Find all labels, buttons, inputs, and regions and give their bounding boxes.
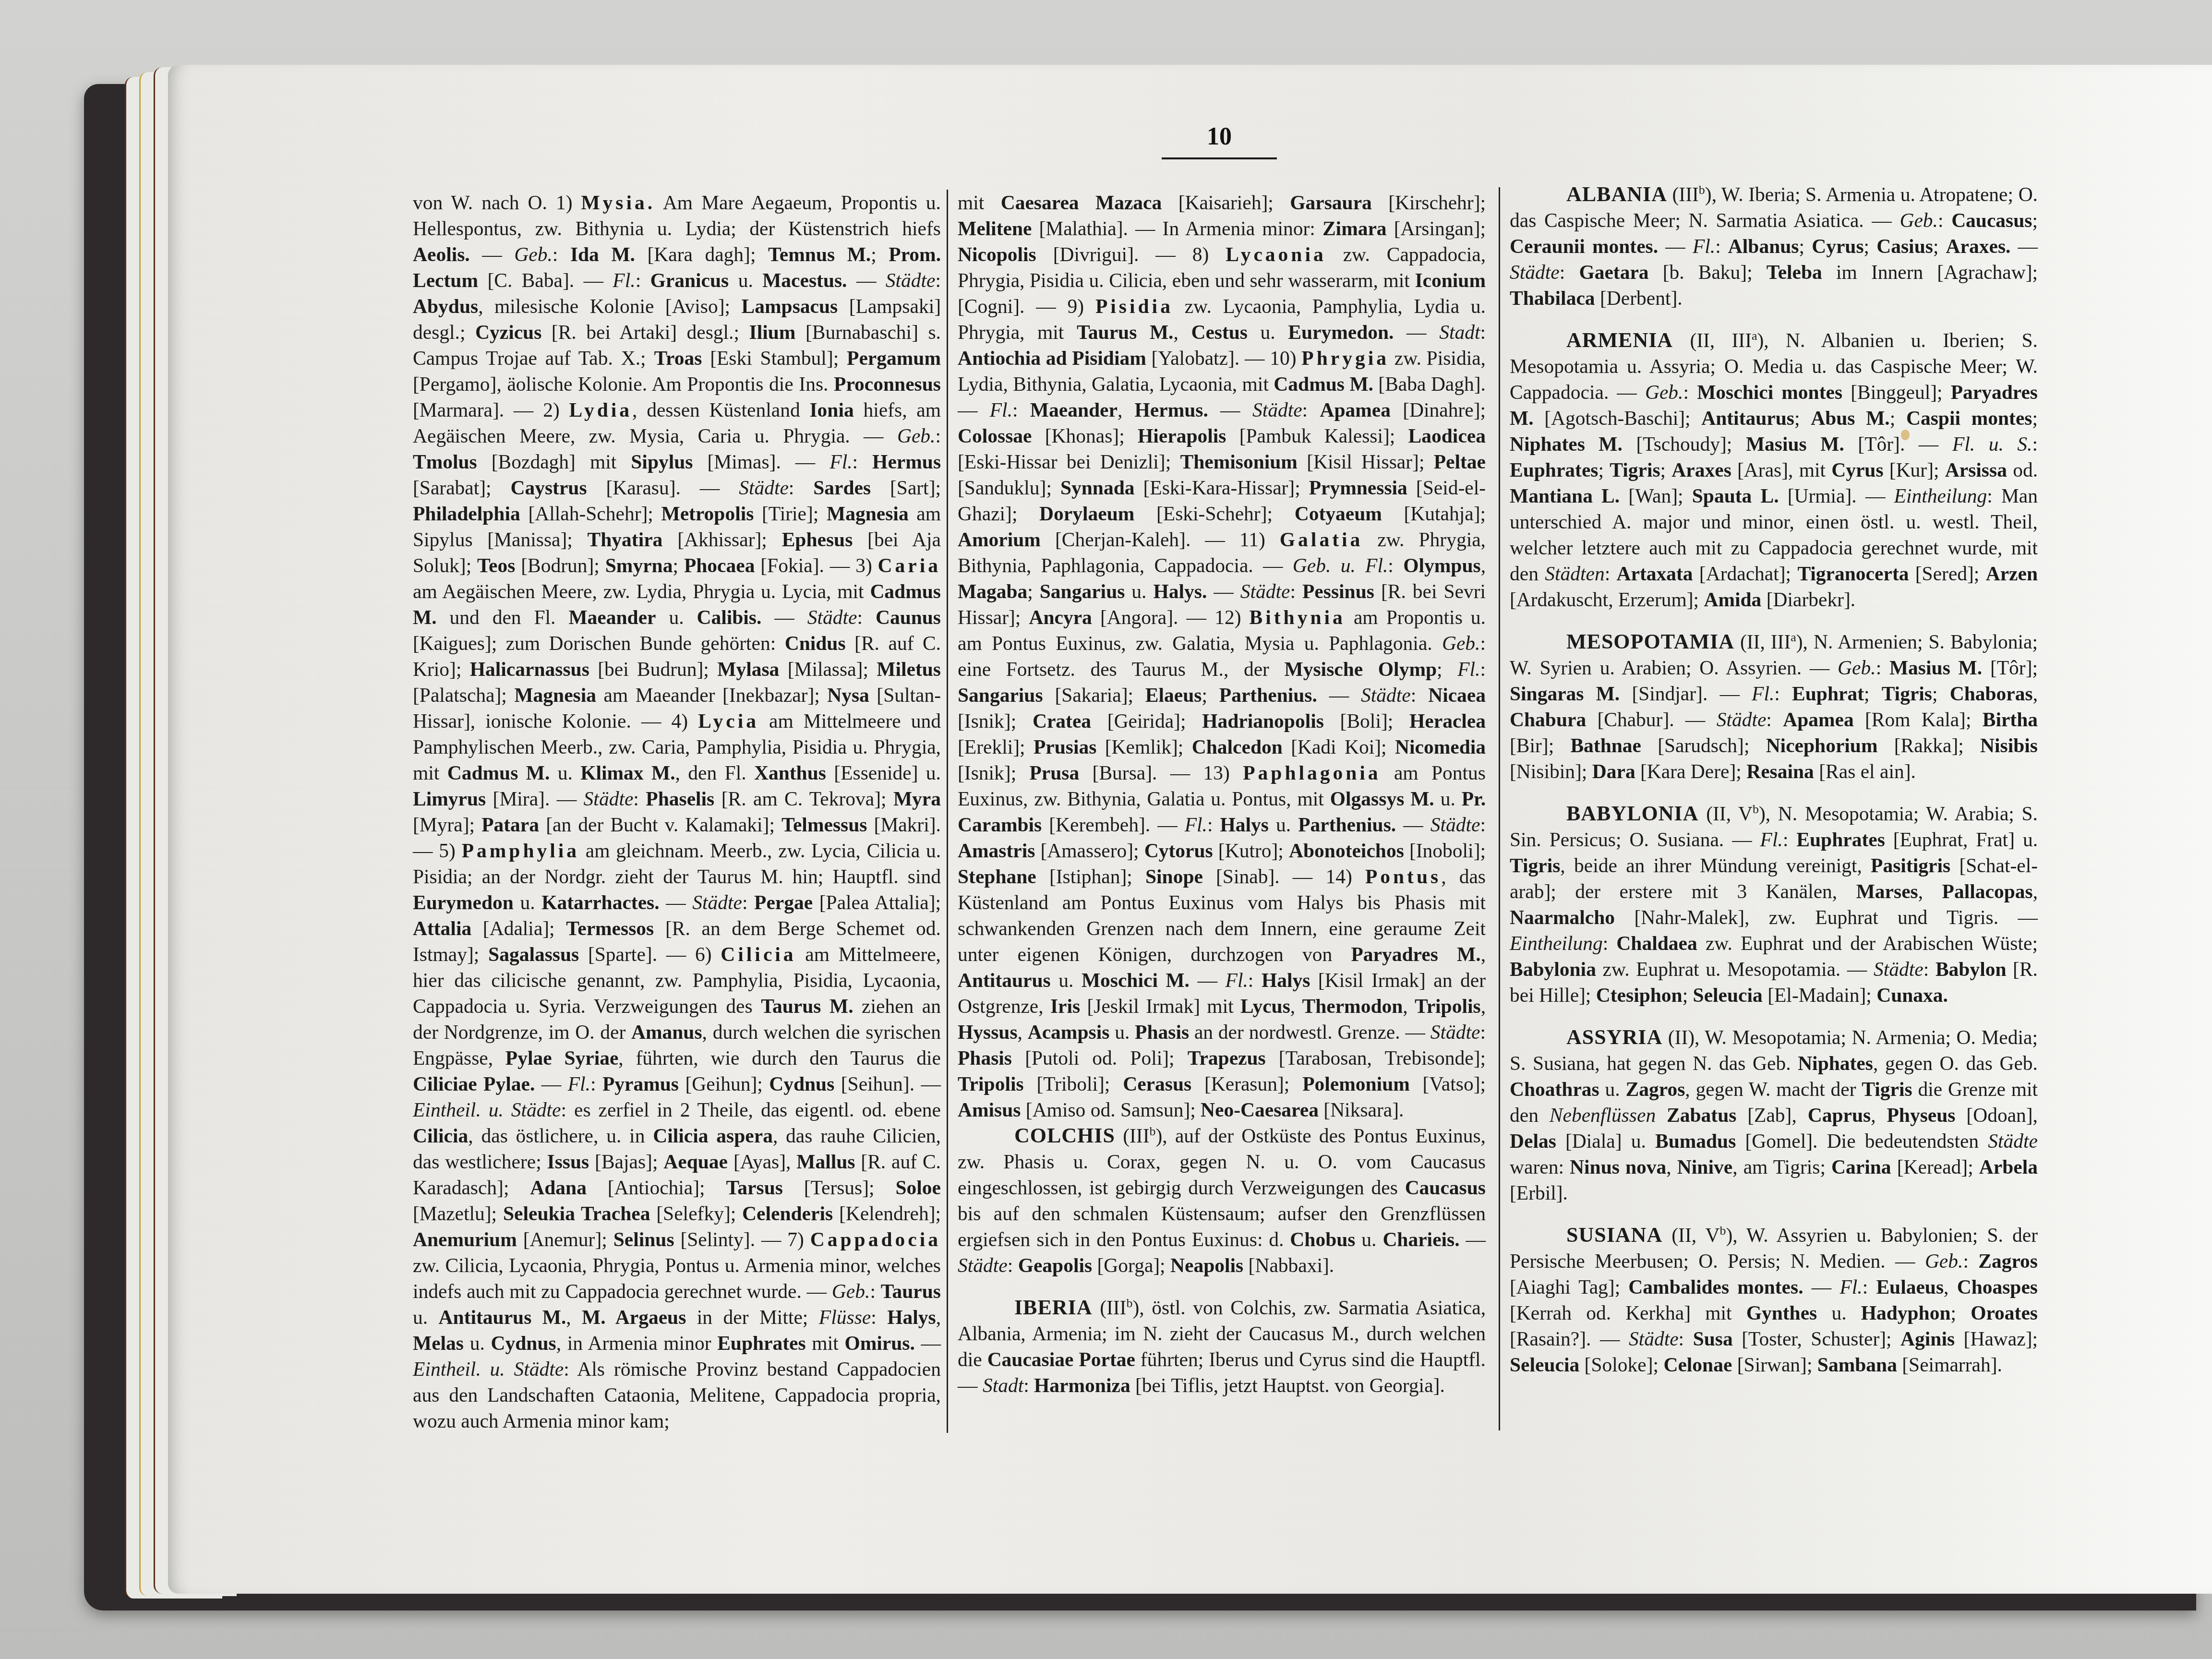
text-run: : (1388, 554, 1403, 577)
text-run: b (1149, 1124, 1155, 1138)
text-run: [Istiphan]; (1036, 866, 1145, 888)
text-run: Aeolis. (413, 243, 470, 265)
text-run: Anemurium (413, 1228, 517, 1250)
text-run: Prymnessia (1309, 477, 1407, 499)
text-run: Sardes (813, 477, 871, 499)
text-run: Olgassys M. (1330, 788, 1434, 810)
text-run: Fl. (613, 269, 635, 291)
text-run: Städte (886, 269, 936, 291)
text-run: Cnidus (785, 632, 846, 654)
text-run: [R. am C. Tekrova]; (714, 788, 893, 810)
text-run: an der nordwestl. Grenze. — (1189, 1021, 1431, 1043)
text-run: [Eski-Kara-Hissar]; (1135, 477, 1309, 499)
text-run: Arzen (1986, 563, 2038, 585)
text-run: Fl. (1457, 658, 1480, 680)
text-run: [Isnik]; (958, 762, 1030, 784)
text-run: Laodicea (1408, 425, 1486, 447)
text-run: ; (2032, 407, 2038, 429)
text-run: Fl. (1226, 969, 1248, 991)
text-run: Proconnesus (834, 373, 941, 395)
text-run: Ceraunii montes. (1510, 235, 1658, 257)
text-run: Thermodon (1302, 995, 1403, 1017)
section-heading: Cappadocia (810, 1228, 941, 1250)
text-run: Städte (1431, 1021, 1480, 1043)
text-run: Cyrus (1812, 235, 1863, 257)
text-run: Flüsse (819, 1306, 871, 1328)
text-run: Magnesia (827, 503, 909, 525)
text-run: Caucasus (1405, 1177, 1486, 1199)
text-run: : (935, 425, 941, 447)
text-run: , den Fl. (675, 762, 754, 784)
text-run: Babylonia (1510, 958, 1596, 980)
text-run: Harmoniza (1034, 1374, 1130, 1396)
text-run: [Adalia]; (471, 917, 566, 939)
text-run: Eulaeus (1876, 1276, 1944, 1298)
region-entry: SUSIANA (II, Vb), W. Assyrien u. Babylon… (1510, 1222, 2038, 1378)
text-run: Stephane (958, 866, 1036, 888)
text-run: ; (1794, 407, 1811, 429)
text-run: Caystrus (510, 477, 587, 499)
text-run: [Nisibin]; (1510, 760, 1592, 782)
text-run: b (1699, 183, 1705, 197)
text-run: Selinus (613, 1228, 674, 1250)
text-run: Cytorus (1144, 840, 1213, 862)
text-run: Lampsacus (742, 295, 838, 317)
text-run: , führten, wie durch den Taurus die (618, 1047, 941, 1069)
text-run: [Erekli]; (958, 736, 1034, 758)
text-run: Sangarius (958, 684, 1043, 706)
text-run: , am Tigris; (1732, 1156, 1831, 1178)
text-run: ; (1864, 683, 1882, 705)
text-run: Antitaurus (1701, 407, 1794, 429)
text-run: Cadmus M. (1274, 373, 1373, 395)
text-run: [an der Bucht v. Kalamaki]; (539, 814, 781, 836)
text-run: [Sarudsch]; (1641, 734, 1766, 757)
text-run: — (1317, 684, 1361, 706)
text-run: ; (1598, 459, 1610, 481)
text-run: [Divrigui]. — 8) (1036, 243, 1226, 265)
text-run: Limyrus (413, 788, 486, 810)
text-run: Cydnus (491, 1332, 556, 1354)
text-run: Peltae (1434, 451, 1486, 473)
text-run: Bumadus (1655, 1130, 1736, 1152)
text-run: Amanus (631, 1021, 702, 1043)
text-run: — (847, 269, 886, 291)
text-run: : (1560, 261, 1579, 283)
text-run: Geapolis (1018, 1254, 1093, 1276)
text-column-left: von W. nach O. 1) Mysia. Am Mare Aegaeum… (413, 190, 941, 1434)
paper-stain (1901, 430, 1910, 440)
text-run: Birtha (1983, 709, 2038, 731)
text-run: — (1190, 969, 1226, 991)
text-run: Fl. (829, 451, 852, 473)
text-run: — (1207, 580, 1240, 602)
text-run: Hierapolis (1138, 425, 1226, 447)
section-heading: Pamphylia (462, 840, 579, 862)
text-run: ; (1932, 683, 1950, 705)
text-run: : (1766, 709, 1783, 731)
text-run: Lycus (1240, 995, 1290, 1017)
text-run: u. (1125, 580, 1153, 602)
text-run: [Jeskil Irmak] mit (1080, 995, 1240, 1017)
text-run: , (2033, 880, 2038, 902)
text-run: ; (1202, 684, 1219, 706)
text-run: Cambalides montes. (1628, 1276, 1803, 1298)
text-run (1656, 1104, 1667, 1126)
text-run: Tmolus (413, 451, 477, 473)
text-run: Chobus (1290, 1228, 1355, 1250)
text-run: [Inoboli]; (1404, 840, 1486, 862)
text-run: [Tschoudy]; (1623, 433, 1746, 455)
text-run: Euphrates (717, 1332, 805, 1354)
text-run: Dara (1592, 760, 1635, 782)
text-run: Araxes. (1946, 235, 2011, 257)
text-run: Halicarnassus (470, 658, 589, 680)
text-run: [Essenide] u. (826, 762, 941, 784)
text-run: Attalia (413, 917, 471, 939)
text-run: , (1403, 995, 1415, 1017)
text-run: Metropolis (661, 503, 754, 525)
text-run: Patara (481, 814, 539, 836)
text-run: Nicaea (1428, 684, 1486, 706)
text-run: am Maeander [Inekbazar]; (596, 684, 827, 706)
text-run: [Tersus]; (783, 1177, 896, 1199)
text-run: [Pambuk Kalessi]; (1226, 425, 1408, 447)
text-run: [Cherjan-Kaleh]. — 11) (1041, 529, 1280, 551)
text-run: ; (1799, 235, 1812, 257)
text-run: [Amiso od. Samsun]; (1021, 1099, 1201, 1121)
text-run: im Innern [Agrachaw]; (1822, 261, 2038, 283)
text-run: ; (673, 554, 684, 577)
text-run: Ninive (1677, 1156, 1732, 1178)
text-run: : (2032, 433, 2038, 455)
header-rule (1162, 157, 1277, 159)
region-entry: ARMENIA (II, IIIa), N. Albanien u. Iberi… (1510, 327, 2038, 613)
text-run: Nicopolis (958, 243, 1036, 265)
text-run: [Seihun]. — (834, 1073, 941, 1095)
text-run: M. Argaeus (582, 1306, 686, 1328)
text-run: und den Fl. (437, 606, 569, 628)
text-run: [Antiochia]; (587, 1177, 726, 1199)
text-run: Singaras M. (1510, 683, 1620, 705)
text-run: : (853, 451, 873, 473)
text-run: [Erbil]. (1510, 1182, 1568, 1204)
text-run: : (1290, 580, 1302, 602)
text-run: [Seimarrah]. (1897, 1354, 2002, 1376)
text-run: Neo-Caesarea (1201, 1099, 1319, 1121)
text-run: [b. Baku]; (1649, 261, 1767, 283)
text-run: — (1394, 321, 1440, 343)
text-run: [Rom Kala]; (1854, 709, 1983, 731)
text-run: [Odoan], (1955, 1104, 2038, 1126)
text-run: [Tirie]; (754, 503, 827, 525)
text-run: Tripolis (1415, 995, 1481, 1017)
text-run: Fl. (1693, 235, 1715, 257)
column-divider (1499, 187, 1500, 1431)
text-run: am Aegäischen Meere, zw. Lydia, Phrygia … (413, 580, 870, 602)
text-run: Nysa (827, 684, 869, 706)
text-run: : (553, 243, 570, 265)
text-run: Geb. (1899, 209, 1938, 231)
text-run: Fl. (1839, 1276, 1862, 1298)
text-run: Maeander (1030, 399, 1118, 421)
text-run: [Kara Dere]; (1635, 760, 1747, 782)
text-run: Chalcedon (1192, 736, 1283, 758)
text-run: Moschici montes (1697, 381, 1842, 403)
text-run: u. (1109, 1021, 1135, 1043)
text-run: [Hawaz]; (1955, 1328, 2038, 1350)
text-run: Cyzicus (475, 321, 541, 343)
text-run: waren: (1510, 1156, 1570, 1178)
text-run: u. (1817, 1302, 1861, 1324)
section-heading: Lydia (569, 399, 633, 421)
text-run: Caprus (1808, 1104, 1871, 1126)
text-run: [Zab], (1736, 1104, 1807, 1126)
text-run: Phasis (958, 1047, 1012, 1069)
text-run: Caspii montes (1906, 407, 2032, 429)
text-run: Halys (1220, 814, 1268, 836)
text-run: [Kutro]; (1213, 840, 1289, 862)
text-run: , (1481, 943, 1486, 965)
section-heading: Mysia. (581, 192, 655, 214)
text-run: Parthenius. (1219, 684, 1317, 706)
text-run: Antitaurus M. (439, 1306, 566, 1328)
text-run: Hadrianopolis (1202, 710, 1324, 732)
text-run: Geb. (514, 243, 553, 265)
text-run: [Agotsch-Baschi]; (1534, 407, 1702, 429)
text-run: Granicus (650, 269, 729, 291)
text-run: [Mazetlu]; (413, 1202, 503, 1225)
text-run: Geb. (832, 1280, 870, 1302)
text-run: [Diarbekr]. (1761, 589, 1855, 611)
text-run: Sambana (1817, 1354, 1897, 1376)
entry-heading: ASSYRIA (1566, 1025, 1662, 1049)
text-run: Neapolis (1170, 1254, 1243, 1276)
text-run: [Khonas]; (1032, 425, 1138, 447)
text-run: [Angora]. — 12) (1092, 606, 1250, 628)
text-run: [Selefky]; (650, 1202, 742, 1225)
text-run: [Mira]. — (486, 788, 583, 810)
text-run: Termessos (566, 917, 654, 939)
text-run: Eintheilung (1510, 932, 1603, 954)
text-run: Arbela (1979, 1156, 2038, 1178)
text-run: [Boli]; (1324, 710, 1409, 732)
text-run: Heraclea (1409, 710, 1486, 732)
text-run: Ancyra (1029, 606, 1092, 628)
text-run: , dessen Küstenland (632, 399, 809, 421)
text-run: Taurus M. (1077, 321, 1173, 343)
text-run: Masius M. (1889, 657, 1982, 679)
text-run: Antitaurus (958, 969, 1051, 991)
text-run: Cydnus (769, 1073, 834, 1095)
text-run: — (535, 1073, 567, 1095)
text-run: [Tôr]. — (1844, 433, 1952, 455)
text-run: , (1118, 399, 1135, 421)
section-heading: Cilicia (721, 943, 796, 965)
text-run: (II, III (1673, 329, 1752, 351)
text-run: : (633, 788, 646, 810)
text-run: Hyssus (958, 1021, 1018, 1043)
text-run: [Kemlik]; (1096, 736, 1191, 758)
text-run: ; (1933, 235, 1946, 257)
text-run: in der Mitte; (686, 1306, 819, 1328)
region-entry: ASSYRIA (II), W. Mesopotamia; N. Armenia… (1510, 1024, 2038, 1206)
text-run: Polemonium (1302, 1073, 1410, 1095)
text-run: Geb. (1442, 632, 1480, 654)
text-run: Thyatira (588, 529, 663, 551)
text-run: Taurus (881, 1280, 941, 1302)
text-run: b (1126, 1296, 1132, 1310)
text-run: Städte (1431, 814, 1480, 836)
text-run: Cilicia (413, 1125, 468, 1147)
text-run: (III (1667, 183, 1699, 205)
text-run: [Geihun]; (679, 1073, 769, 1095)
text-run: Städte (1988, 1130, 2038, 1152)
text-run: : (1679, 1328, 1693, 1350)
text-run: Ilium (749, 321, 796, 343)
text-run: Taurus M. (761, 995, 853, 1017)
text-run: Gynthes (1746, 1302, 1817, 1324)
text-run: [Geirida]; (1091, 710, 1202, 732)
text-run: Halys (887, 1306, 936, 1328)
text-run: , (1918, 880, 1942, 902)
text-run: Halys (1262, 969, 1310, 991)
text-run: Temnus M. (768, 243, 871, 265)
text-run: Eintheil. u. Städte (413, 1099, 561, 1121)
text-run: u. (514, 891, 541, 914)
text-run: [Gorga]; (1092, 1254, 1170, 1276)
text-run: Teos (477, 554, 515, 577)
text-run: u. (1434, 788, 1462, 810)
text-run: Mallus (796, 1151, 855, 1173)
text-run: [Kirschehr]; (1372, 192, 1486, 214)
text-run: Katarrhactes. (541, 891, 659, 914)
text-run: [Derbent]. (1595, 287, 1683, 309)
text-run: Sangarius (1040, 580, 1125, 602)
text-run: [Amassero]; (1035, 840, 1144, 862)
text-run: : (1876, 657, 1889, 679)
text-run: [Fokia]. — 3) (755, 554, 878, 577)
text-run: Chaboras (1950, 683, 2033, 705)
text-run: Cunaxa. (1876, 984, 1948, 1006)
text-run: Städten (1545, 563, 1604, 585)
text-run: Städte (1510, 261, 1560, 283)
text-run: Phasis (1135, 1021, 1189, 1043)
text-run: , (1481, 554, 1486, 577)
text-run: ; (1864, 235, 1877, 257)
text-run: : (1480, 1021, 1486, 1043)
text-run: mit (958, 192, 1001, 214)
text-run: — (915, 1332, 941, 1354)
text-run: Themisonium (1180, 451, 1298, 473)
page-number: 10 (1200, 122, 1238, 151)
text-run: Delas (1510, 1130, 1556, 1152)
text-run: [Gomel]. Die bedeutendsten (1736, 1130, 1988, 1152)
text-run: [Rakka]; (1878, 734, 1981, 757)
text-run: Halys. (1153, 580, 1207, 602)
text-run: [Eski-Hissar bei Denizli]; (958, 451, 1180, 473)
text-run: Niphates M. (1510, 433, 1623, 455)
text-run: Ctesiphon (1596, 984, 1683, 1006)
text-run: u. (1355, 1228, 1382, 1250)
text-run: Telmessus (781, 814, 867, 836)
text-run: : (1783, 829, 1796, 851)
text-run: Zimara (1322, 217, 1387, 240)
text-run: Städte (584, 788, 634, 810)
text-run: [Mimas]. — (693, 451, 829, 473)
text-run: Fl. (568, 1073, 590, 1095)
text-run: : (636, 269, 650, 291)
text-run: a (1791, 630, 1796, 644)
text-run: Babylon (1935, 958, 2007, 980)
text-run: Soloe (895, 1177, 941, 1199)
text-run: Hadyphon (1861, 1302, 1951, 1324)
text-run: [Kisil Hissar]; (1298, 451, 1434, 473)
text-run: Städte (807, 606, 857, 628)
text-run: [Toster, Schuster]; (1733, 1328, 1900, 1350)
text-run: Eintheilung (1894, 485, 1987, 507)
text-run: — (1396, 814, 1431, 836)
text-run: Magnesia (514, 684, 596, 706)
text-run: Amastris (958, 840, 1035, 862)
text-run: [Eski Stambul]; (702, 347, 847, 369)
text-run: [Sinab]. — 14) (1203, 866, 1365, 888)
text-run: : (1302, 399, 1320, 421)
text-run: : (590, 1073, 602, 1095)
text-run: Ionia (809, 399, 854, 421)
text-run: , (1173, 321, 1191, 343)
text-run: [Kerembeh]. — (1042, 814, 1184, 836)
text-run: Städte (1874, 958, 1923, 980)
text-run: [Kerrah od. Kerkha] mit (1510, 1302, 1746, 1324)
text-run: [Tôr]; (1982, 657, 2038, 679)
text-run: , (1944, 1276, 1957, 1298)
text-run: Dorylaeum (1039, 503, 1134, 525)
text-run: — (1208, 399, 1252, 421)
text-run: Caesarea Mazaca (1001, 192, 1162, 214)
text-run: [Sered]; (1909, 563, 1985, 585)
text-run: Chaldaea (1616, 932, 1697, 954)
text-run: Synnada (1060, 477, 1135, 499)
text-run: [Kutahja]; (1382, 503, 1486, 525)
text-run: u. (1599, 1078, 1626, 1100)
region-entry: IBERIA (IIIb), östl. von Colchis, zw. Sa… (958, 1295, 1486, 1398)
text-run: Parthenius. (1298, 814, 1396, 836)
text-run: Ninus nova (1570, 1156, 1666, 1178)
text-run: : (1008, 1254, 1018, 1276)
text-run: [Yalobatz]. — 10) (1146, 347, 1302, 369)
text-run: Gaetara (1579, 261, 1648, 283)
text-run: Sipylus (631, 451, 693, 473)
text-run: Hermus (872, 451, 941, 473)
text-run: Ida M. (570, 243, 635, 265)
text-run: Cyrus (1831, 459, 1883, 481)
text-run: , das östlichere, u. in (468, 1125, 653, 1147)
text-run: Mylasa (717, 658, 779, 680)
text-run: Nicomedia (1395, 736, 1486, 758)
text-run: Euphrat (1792, 683, 1864, 705)
text-run: [Bodrun]; (515, 554, 605, 577)
text-run: : (1923, 958, 1935, 980)
text-run: Cadmus M. (447, 762, 550, 784)
text-run: u. (1248, 321, 1288, 343)
text-run: , (2033, 683, 2038, 705)
text-run: Caunus (876, 606, 941, 628)
text-run: Eintheil. u. Städte (413, 1358, 564, 1380)
text-run: ; (1027, 580, 1040, 602)
text-run: : (1683, 381, 1697, 403)
text-run: [Kaigues]; zum Dorischen Bunde gehörten: (413, 632, 785, 654)
